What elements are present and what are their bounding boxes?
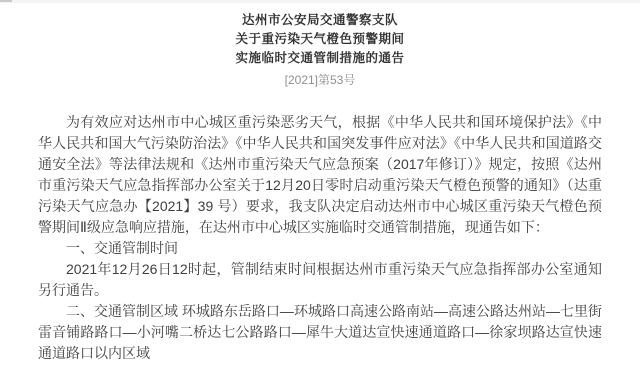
notice-document-page: 达州市公安局交通警察支队 关于重污染天气橙色预警期间 实施临时交通管制措施的通告… bbox=[0, 0, 640, 379]
paragraph-control-time: 2021年12月26日12时起，管制结束时间根据达州市重污染天气应急指挥部办公室… bbox=[38, 259, 602, 301]
page-top-edge bbox=[0, 0, 640, 3]
document-title-line-3: 实施临时交通管制措施的通告 bbox=[0, 49, 640, 68]
document-title-line-1: 达州市公安局交通警察支队 bbox=[0, 11, 640, 30]
document-title: 达州市公安局交通警察支队 关于重污染天气橙色预警期间 实施临时交通管制措施的通告 bbox=[0, 0, 640, 68]
document-body: 为有效应对达州市中心城区重污染恶劣天气，根据《中华人民共和国环境保护法》《中华人… bbox=[0, 112, 640, 364]
document-number: [2021]第53号 bbox=[0, 72, 640, 88]
paragraph-intro: 为有效应对达州市中心城区重污染恶劣天气，根据《中华人民共和国环境保护法》《中华人… bbox=[38, 112, 602, 238]
document-title-line-2: 关于重污染天气橙色预警期间 bbox=[0, 30, 640, 49]
page-top-left-tick bbox=[0, 0, 12, 2]
paragraph-control-area: 二、交通管制区域 环城路东岳路口—环城路口高速公路南站—高速公路达州站—七里街雷… bbox=[38, 301, 602, 364]
section-1-heading: 一、交通管制时间 bbox=[38, 238, 602, 259]
